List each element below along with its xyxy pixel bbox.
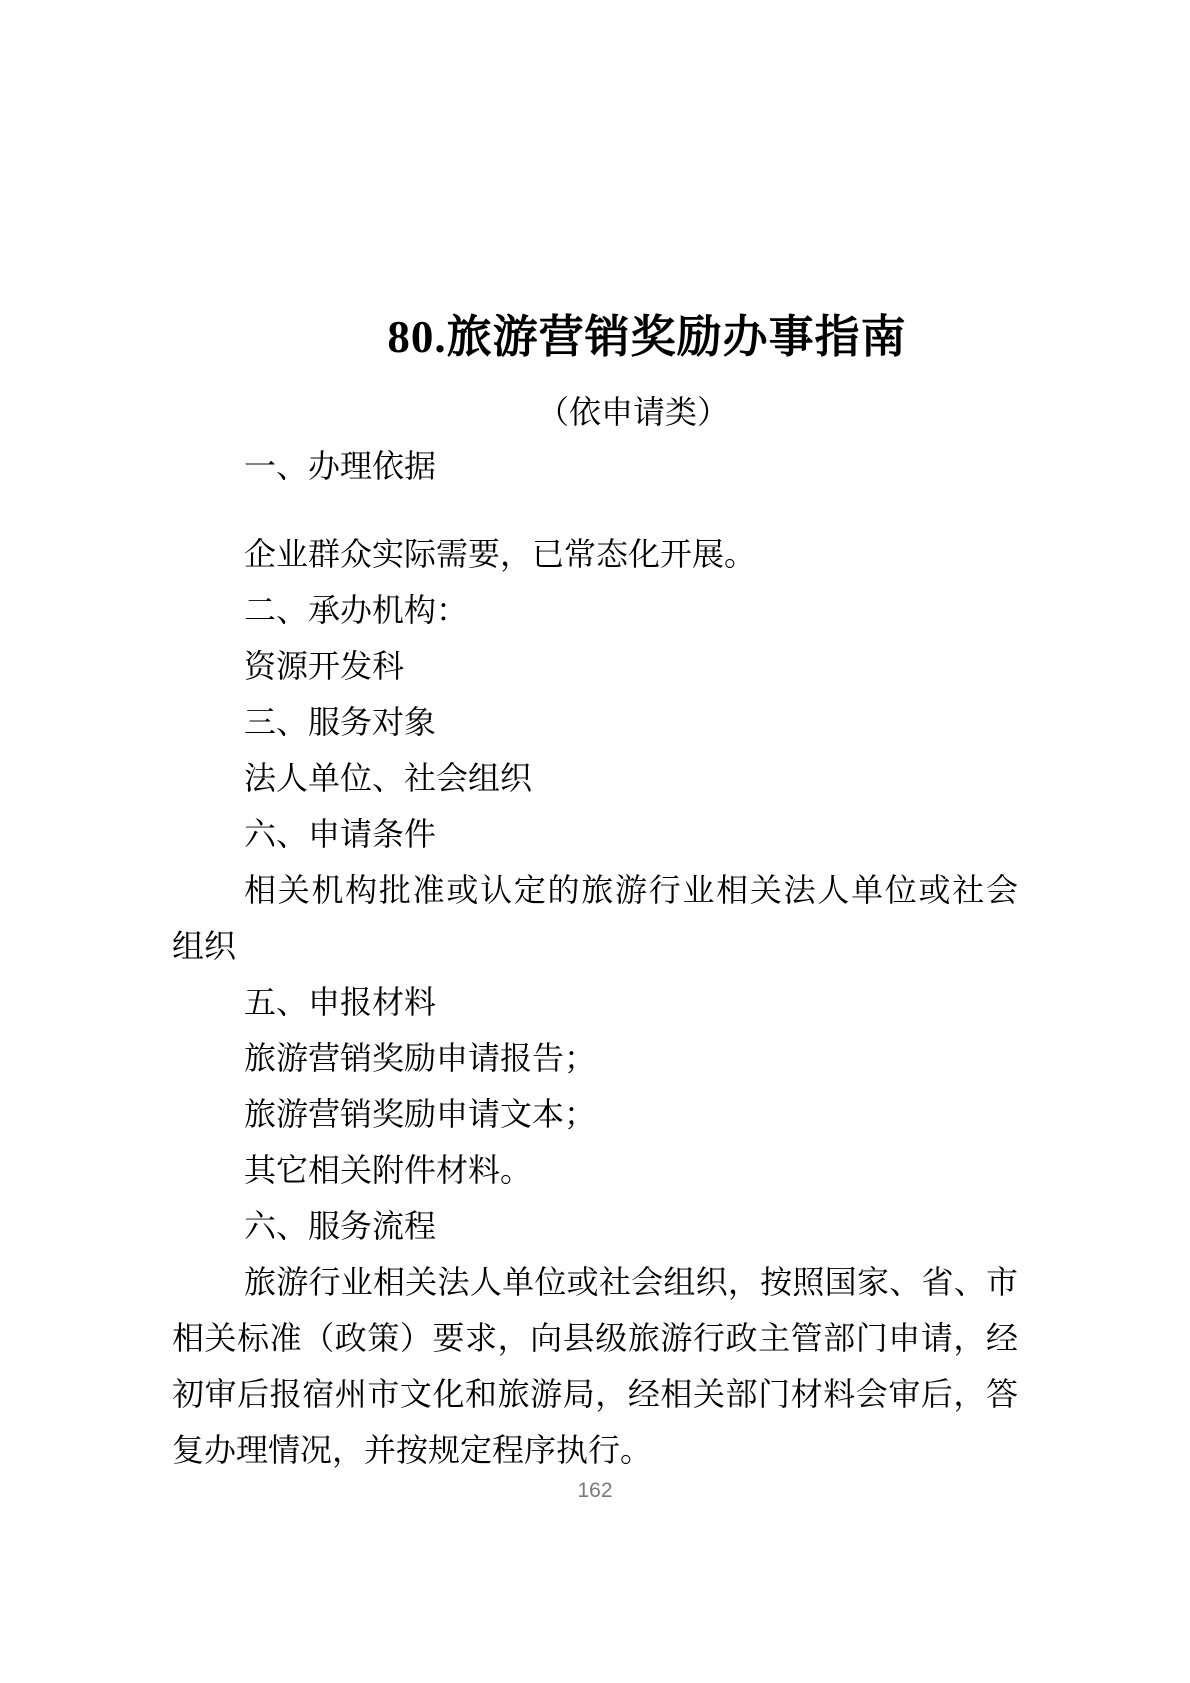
- section-heading-fuwu-liucheng: 六、服务流程: [172, 1198, 1018, 1254]
- text-line-liucheng-4: 复办理情况，并按规定程序执行。: [172, 1422, 1018, 1478]
- section-heading-shenqing-tiaojian: 六、申请条件: [172, 806, 1018, 862]
- document-title: 80.旅游营销奖励办事指南: [170, 306, 1020, 368]
- text-line-liucheng-2: 相关标准（政策）要求，向县级旅游行政主管部门申请，经: [172, 1310, 1018, 1366]
- section-heading-shenbao-cailiao: 五、申报材料: [172, 974, 1018, 1030]
- text-line-jigou-name: 资源开发科: [172, 638, 1018, 694]
- section-heading-chengban-jigou: 二、承办机构：: [172, 582, 1018, 638]
- text-line-tiaojian-content-2: 组织: [172, 918, 1018, 974]
- document-body: 一、办理依据 企业群众实际需要，已常态化开展。 二、承办机构： 资源开发科 三、…: [172, 438, 1018, 1478]
- section-heading-banli-yiju: 一、办理依据: [172, 438, 1018, 494]
- section-heading-fuwu-duixiang: 三、服务对象: [172, 694, 1018, 750]
- text-line-duixiang-content: 法人单位、社会组织: [172, 750, 1018, 806]
- document-page: 80.旅游营销奖励办事指南 （依申请类） 一、办理依据 企业群众实际需要，已常态…: [0, 0, 1190, 1683]
- document-subtitle: （依申请类）: [170, 390, 1020, 434]
- text-line-cailiao-item-3: 其它相关附件材料。: [172, 1142, 1018, 1198]
- text-line-cailiao-item-2: 旅游营销奖励申请文本；: [172, 1086, 1018, 1142]
- text-line-yiju-content: 企业群众实际需要，已常态化开展。: [172, 526, 1018, 582]
- page-number: 162: [0, 1478, 1190, 1504]
- text-line-liucheng-3: 初审后报宿州市文化和旅游局，经相关部门材料会审后，答: [172, 1366, 1018, 1422]
- text-line-liucheng-1: 旅游行业相关法人单位或社会组织，按照国家、省、市: [172, 1254, 1018, 1310]
- text-line-tiaojian-content-1: 相关机构批准或认定的旅游行业相关法人单位或社会: [172, 862, 1018, 918]
- blank-line: [172, 494, 1018, 526]
- text-line-cailiao-item-1: 旅游营销奖励申请报告；: [172, 1030, 1018, 1086]
